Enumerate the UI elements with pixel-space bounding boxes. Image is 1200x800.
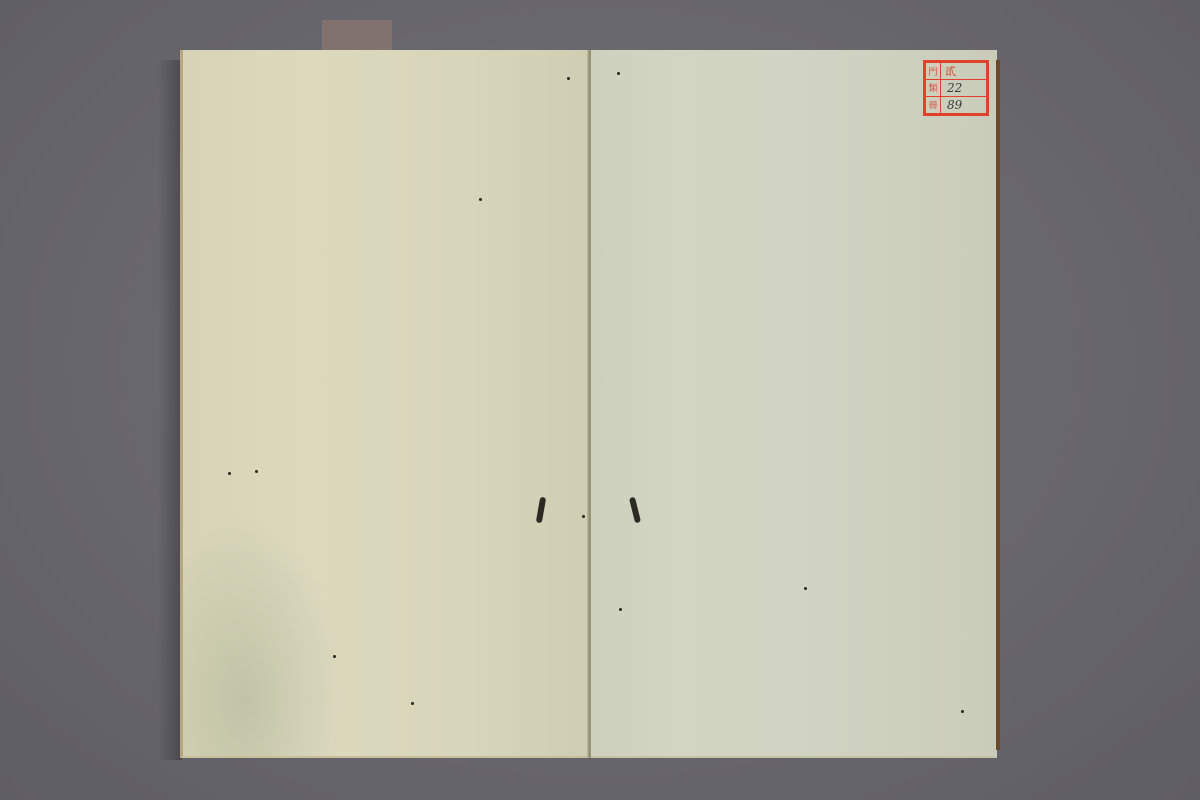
ink-spot bbox=[255, 470, 258, 473]
right-page bbox=[591, 50, 997, 758]
stamp-label: 冊 bbox=[926, 97, 941, 114]
stamp-value: 22 bbox=[941, 81, 986, 95]
stamp-value: 89 bbox=[941, 98, 986, 112]
book-shadow bbox=[158, 60, 182, 760]
cover-edge bbox=[996, 60, 1000, 750]
left-page bbox=[180, 50, 590, 758]
ink-spot bbox=[617, 72, 620, 75]
stamp-row: 冊 89 bbox=[926, 97, 986, 114]
stamp-row: 類 22 bbox=[926, 80, 986, 97]
stamp-label: 門 bbox=[926, 63, 941, 79]
ink-spot bbox=[804, 587, 807, 590]
ink-spot bbox=[479, 198, 482, 201]
stamp-label: 類 bbox=[926, 80, 941, 96]
ink-spot bbox=[961, 710, 964, 713]
ink-spot bbox=[567, 77, 570, 80]
open-book: 門 貳 類 22 冊 89 bbox=[180, 50, 1000, 760]
library-stamp: 門 貳 類 22 冊 89 bbox=[923, 60, 989, 116]
stamp-value: 貳 bbox=[941, 63, 986, 79]
ink-spot bbox=[333, 655, 336, 658]
ink-spot bbox=[582, 515, 585, 518]
ink-spot bbox=[228, 472, 231, 475]
ink-spot bbox=[619, 608, 622, 611]
stamp-row: 門 貳 bbox=[926, 63, 986, 80]
ink-spot bbox=[411, 702, 414, 705]
